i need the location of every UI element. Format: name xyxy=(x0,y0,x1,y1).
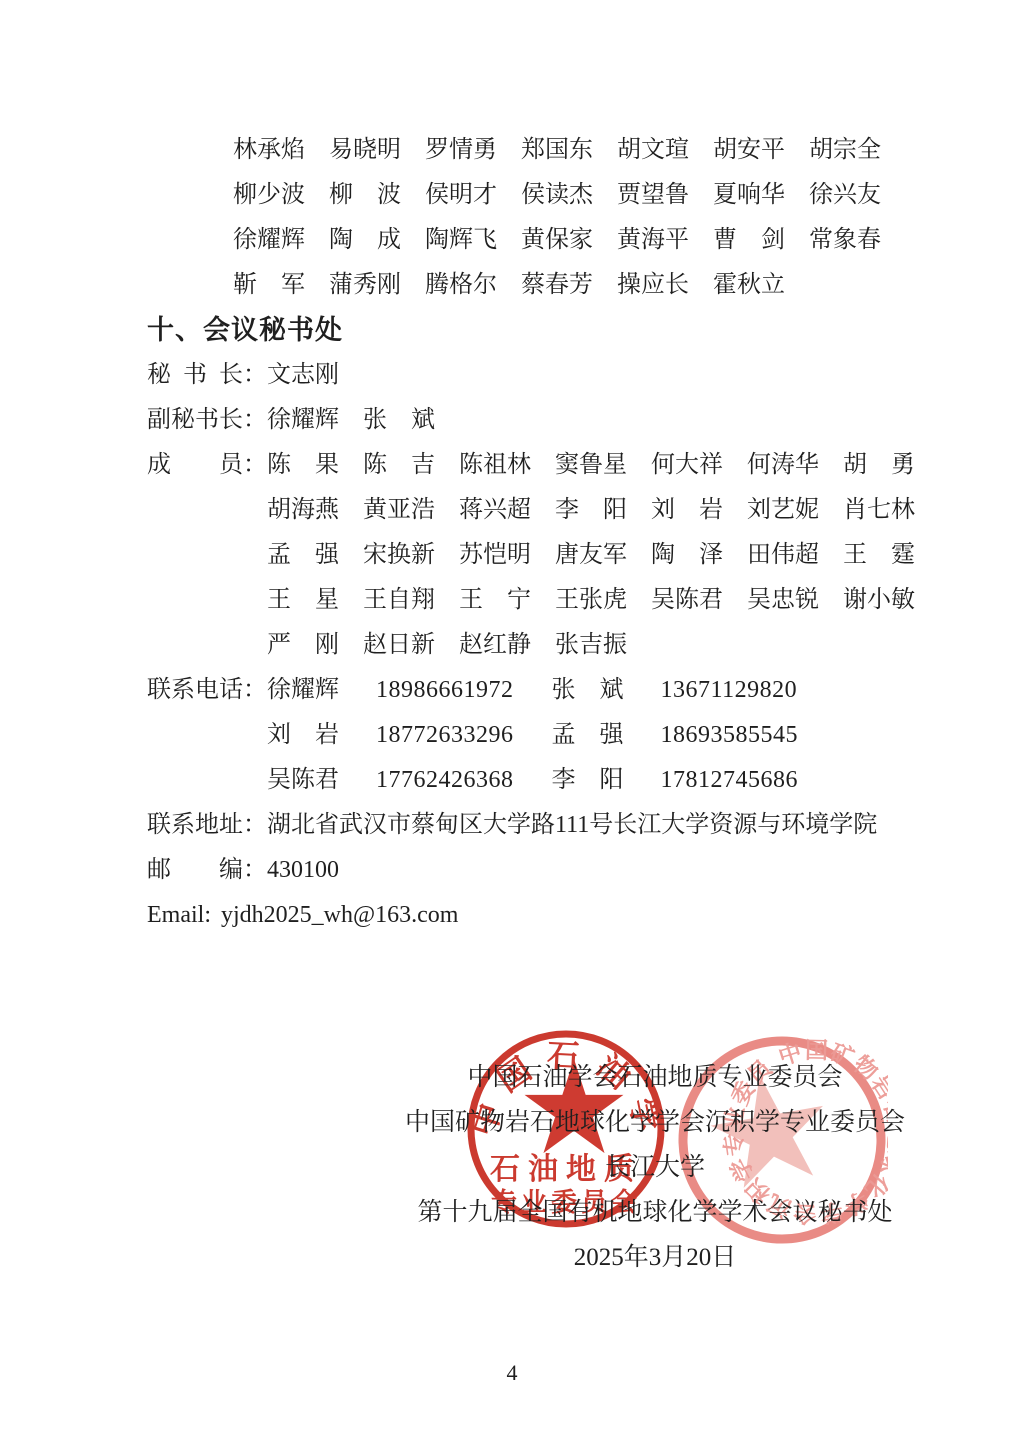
person-name: 曹剑 xyxy=(713,218,785,263)
person-name: 蒲秀刚 xyxy=(329,263,401,308)
closing-date: 2025年3月20日 xyxy=(285,1235,1024,1280)
person-name: 徐耀辉 xyxy=(267,398,339,443)
phone-row: 刘岩18772633296孟强18693585545 xyxy=(267,713,907,758)
members-row: 孟强宋换新苏恺明唐友军陶泽田伟超王霆 xyxy=(267,533,907,578)
person-name: 侯明才 xyxy=(425,173,497,218)
members-row: 严刚赵日新赵红静张吉振 xyxy=(267,623,907,668)
label-colon: ： xyxy=(243,398,267,443)
person-name: 徐耀辉 xyxy=(233,218,305,263)
phone-number: 17762426368 xyxy=(376,767,514,793)
page-number: 4 xyxy=(0,1358,1024,1388)
closing-org-line: 第十九届全国有机地球化学学术会议秘书处 xyxy=(285,1190,1024,1235)
person-name: 侯读杰 xyxy=(521,173,593,218)
phone-number: 18986661972 xyxy=(376,677,514,703)
deputy-secretary-line: 副秘书长：徐耀辉张斌 xyxy=(147,398,907,443)
person-name: 徐耀辉 xyxy=(267,668,339,713)
person-name: 肖七林 xyxy=(843,488,915,533)
person-name: 陈祖林 xyxy=(459,443,531,488)
phone-number: 18693585545 xyxy=(661,722,799,748)
person-name: 林承焰 xyxy=(233,128,305,173)
person-name: 赵日新 xyxy=(363,623,435,668)
email-label: Email: xyxy=(147,902,211,928)
person-name: 吴陈君 xyxy=(267,758,339,803)
person-name: 蔡春芳 xyxy=(521,263,593,308)
closing-org-line: 中国矿物岩石地球化学学会沉积学专业委员会 xyxy=(285,1100,1024,1145)
address-value: 湖北省武汉市蔡甸区大学路111号长江大学资源与环境学院 xyxy=(267,812,877,838)
field-label: 副秘书长 xyxy=(147,398,243,443)
person-name: 李阳 xyxy=(555,488,627,533)
person-name: 宋换新 xyxy=(363,533,435,578)
field-label: 邮编 xyxy=(147,848,243,893)
secretary-general-name: 文志刚 xyxy=(267,362,339,388)
field-label: 成员 xyxy=(147,443,243,488)
names-row: 柳少波柳波侯明才侯读杰贾望鲁夏响华徐兴友 xyxy=(233,173,907,218)
phone-pair: 孟强18693585545 xyxy=(552,713,799,758)
person-name: 王自翔 xyxy=(363,578,435,623)
person-name: 柳少波 xyxy=(233,173,305,218)
section-heading: 十、会议秘书处 xyxy=(147,308,907,353)
person-name: 陈果 xyxy=(267,443,339,488)
person-name: 蒋兴超 xyxy=(459,488,531,533)
person-name: 王张虎 xyxy=(555,578,627,623)
person-name: 李阳 xyxy=(552,758,624,803)
label-colon: ： xyxy=(243,668,267,713)
person-name: 陶成 xyxy=(329,218,401,263)
person-name: 陶泽 xyxy=(651,533,723,578)
person-name: 王霆 xyxy=(843,533,915,578)
address-line: 联系地址：湖北省武汉市蔡甸区大学路111号长江大学资源与环境学院 xyxy=(147,803,907,848)
person-name: 胡安平 xyxy=(713,128,785,173)
person-name: 胡宗全 xyxy=(809,128,881,173)
person-name: 张斌 xyxy=(363,398,435,443)
members-row: 王星王自翔王宁王张虎吴陈君吴忠锐谢小敏 xyxy=(267,578,907,623)
person-name: 黄海平 xyxy=(617,218,689,263)
phone-pair: 张斌13671129820 xyxy=(552,668,798,713)
email-value: yjdh2025_wh@163.com xyxy=(221,902,458,928)
committee-names-block: 林承焰易晓明罗情勇郑国东胡文瑄胡安平胡宗全 柳少波柳波侯明才侯读杰贾望鲁夏响华徐… xyxy=(233,128,907,308)
person-name: 徐兴友 xyxy=(809,173,881,218)
person-name: 黄保家 xyxy=(521,218,593,263)
person-name: 谢小敏 xyxy=(843,578,915,623)
person-name: 夏响华 xyxy=(713,173,785,218)
phone-row: 吴陈君17762426368李阳17812745686 xyxy=(267,758,907,803)
label-colon: ： xyxy=(243,353,267,398)
person-name: 操应长 xyxy=(617,263,689,308)
person-name: 陶辉飞 xyxy=(425,218,497,263)
label-colon: ： xyxy=(243,803,267,848)
person-name: 胡海燕 xyxy=(267,488,339,533)
members-row: 胡海燕黄亚浩蒋兴超李阳刘岩刘艺妮肖七林 xyxy=(267,488,907,533)
person-name: 柳波 xyxy=(329,173,401,218)
phone-pair: 李阳17812745686 xyxy=(552,758,799,803)
email-line: Email:yjdh2025_wh@163.com xyxy=(147,893,907,938)
field-label: 联系地址 xyxy=(147,803,243,848)
person-name: 黄亚浩 xyxy=(363,488,435,533)
person-name: 易晓明 xyxy=(329,128,401,173)
person-name: 苏恺明 xyxy=(459,533,531,578)
person-name: 孟强 xyxy=(552,713,624,758)
person-name: 吴陈君 xyxy=(651,578,723,623)
person-name: 胡文瑄 xyxy=(617,128,689,173)
closing-org-line: 中国石油学会石油地质专业委员会 xyxy=(285,1055,1024,1100)
person-name: 刘艺妮 xyxy=(747,488,819,533)
person-name: 吴忠锐 xyxy=(747,578,819,623)
person-name: 唐友军 xyxy=(555,533,627,578)
person-name: 罗情勇 xyxy=(425,128,497,173)
person-name: 何涛华 xyxy=(747,443,819,488)
person-name: 赵红静 xyxy=(459,623,531,668)
person-name: 胡勇 xyxy=(843,443,915,488)
person-name: 王宁 xyxy=(459,578,531,623)
phone-number: 13671129820 xyxy=(661,677,798,703)
person-name: 王星 xyxy=(267,578,339,623)
phone-pair: 刘岩18772633296 xyxy=(267,713,514,758)
postal-code-line: 邮编：430100 xyxy=(147,848,907,893)
person-name: 刘岩 xyxy=(651,488,723,533)
person-name: 霍秋立 xyxy=(713,263,785,308)
person-name: 靳军 xyxy=(233,263,305,308)
phone-number: 18772633296 xyxy=(376,722,514,748)
person-name: 常象春 xyxy=(809,218,881,263)
closing-org-line: 长江大学 xyxy=(285,1145,1024,1190)
person-name: 田伟超 xyxy=(747,533,819,578)
members-row-first: 成员：陈果陈吉陈祖林窦鲁星何大祥何涛华胡勇 xyxy=(147,443,907,488)
person-name: 陈吉 xyxy=(363,443,435,488)
person-name: 贾望鲁 xyxy=(617,173,689,218)
phone-pair: 吴陈君17762426368 xyxy=(267,758,514,803)
page-content: 林承焰易晓明罗情勇郑国东胡文瑄胡安平胡宗全 柳少波柳波侯明才侯读杰贾望鲁夏响华徐… xyxy=(147,128,907,938)
phone-number: 17812745686 xyxy=(661,767,799,793)
person-name: 张吉振 xyxy=(555,623,627,668)
person-name: 腾格尔 xyxy=(425,263,497,308)
person-name: 孟强 xyxy=(267,533,339,578)
document-page: 林承焰易晓明罗情勇郑国东胡文瑄胡安平胡宗全 柳少波柳波侯明才侯读杰贾望鲁夏响华徐… xyxy=(0,0,1024,1448)
label-colon: ： xyxy=(243,443,267,488)
phone-pair: 徐耀辉18986661972 xyxy=(267,668,514,713)
secretary-general-line: 秘书长：文志刚 xyxy=(147,353,907,398)
field-label: 秘书长 xyxy=(147,353,243,398)
names-row: 靳军蒲秀刚腾格尔蔡春芳操应长霍秋立 xyxy=(233,263,907,308)
postal-code-value: 430100 xyxy=(267,857,339,883)
field-label: 联系电话 xyxy=(147,668,243,713)
person-name: 窦鲁星 xyxy=(555,443,627,488)
person-name: 张斌 xyxy=(552,668,624,713)
person-name: 严刚 xyxy=(267,623,339,668)
person-name: 刘岩 xyxy=(267,713,339,758)
label-colon: ： xyxy=(243,848,267,893)
closing-signature-block: 中国石油学会石油地质专业委员会 中国矿物岩石地球化学学会沉积学专业委员会 长江大… xyxy=(285,1055,1024,1280)
names-row: 徐耀辉陶成陶辉飞黄保家黄海平曹剑常象春 xyxy=(233,218,907,263)
names-row: 林承焰易晓明罗情勇郑国东胡文瑄胡安平胡宗全 xyxy=(233,128,907,173)
person-name: 郑国东 xyxy=(521,128,593,173)
person-name: 何大祥 xyxy=(651,443,723,488)
phone-row-first: 联系电话：徐耀辉18986661972张斌13671129820 xyxy=(147,668,907,713)
